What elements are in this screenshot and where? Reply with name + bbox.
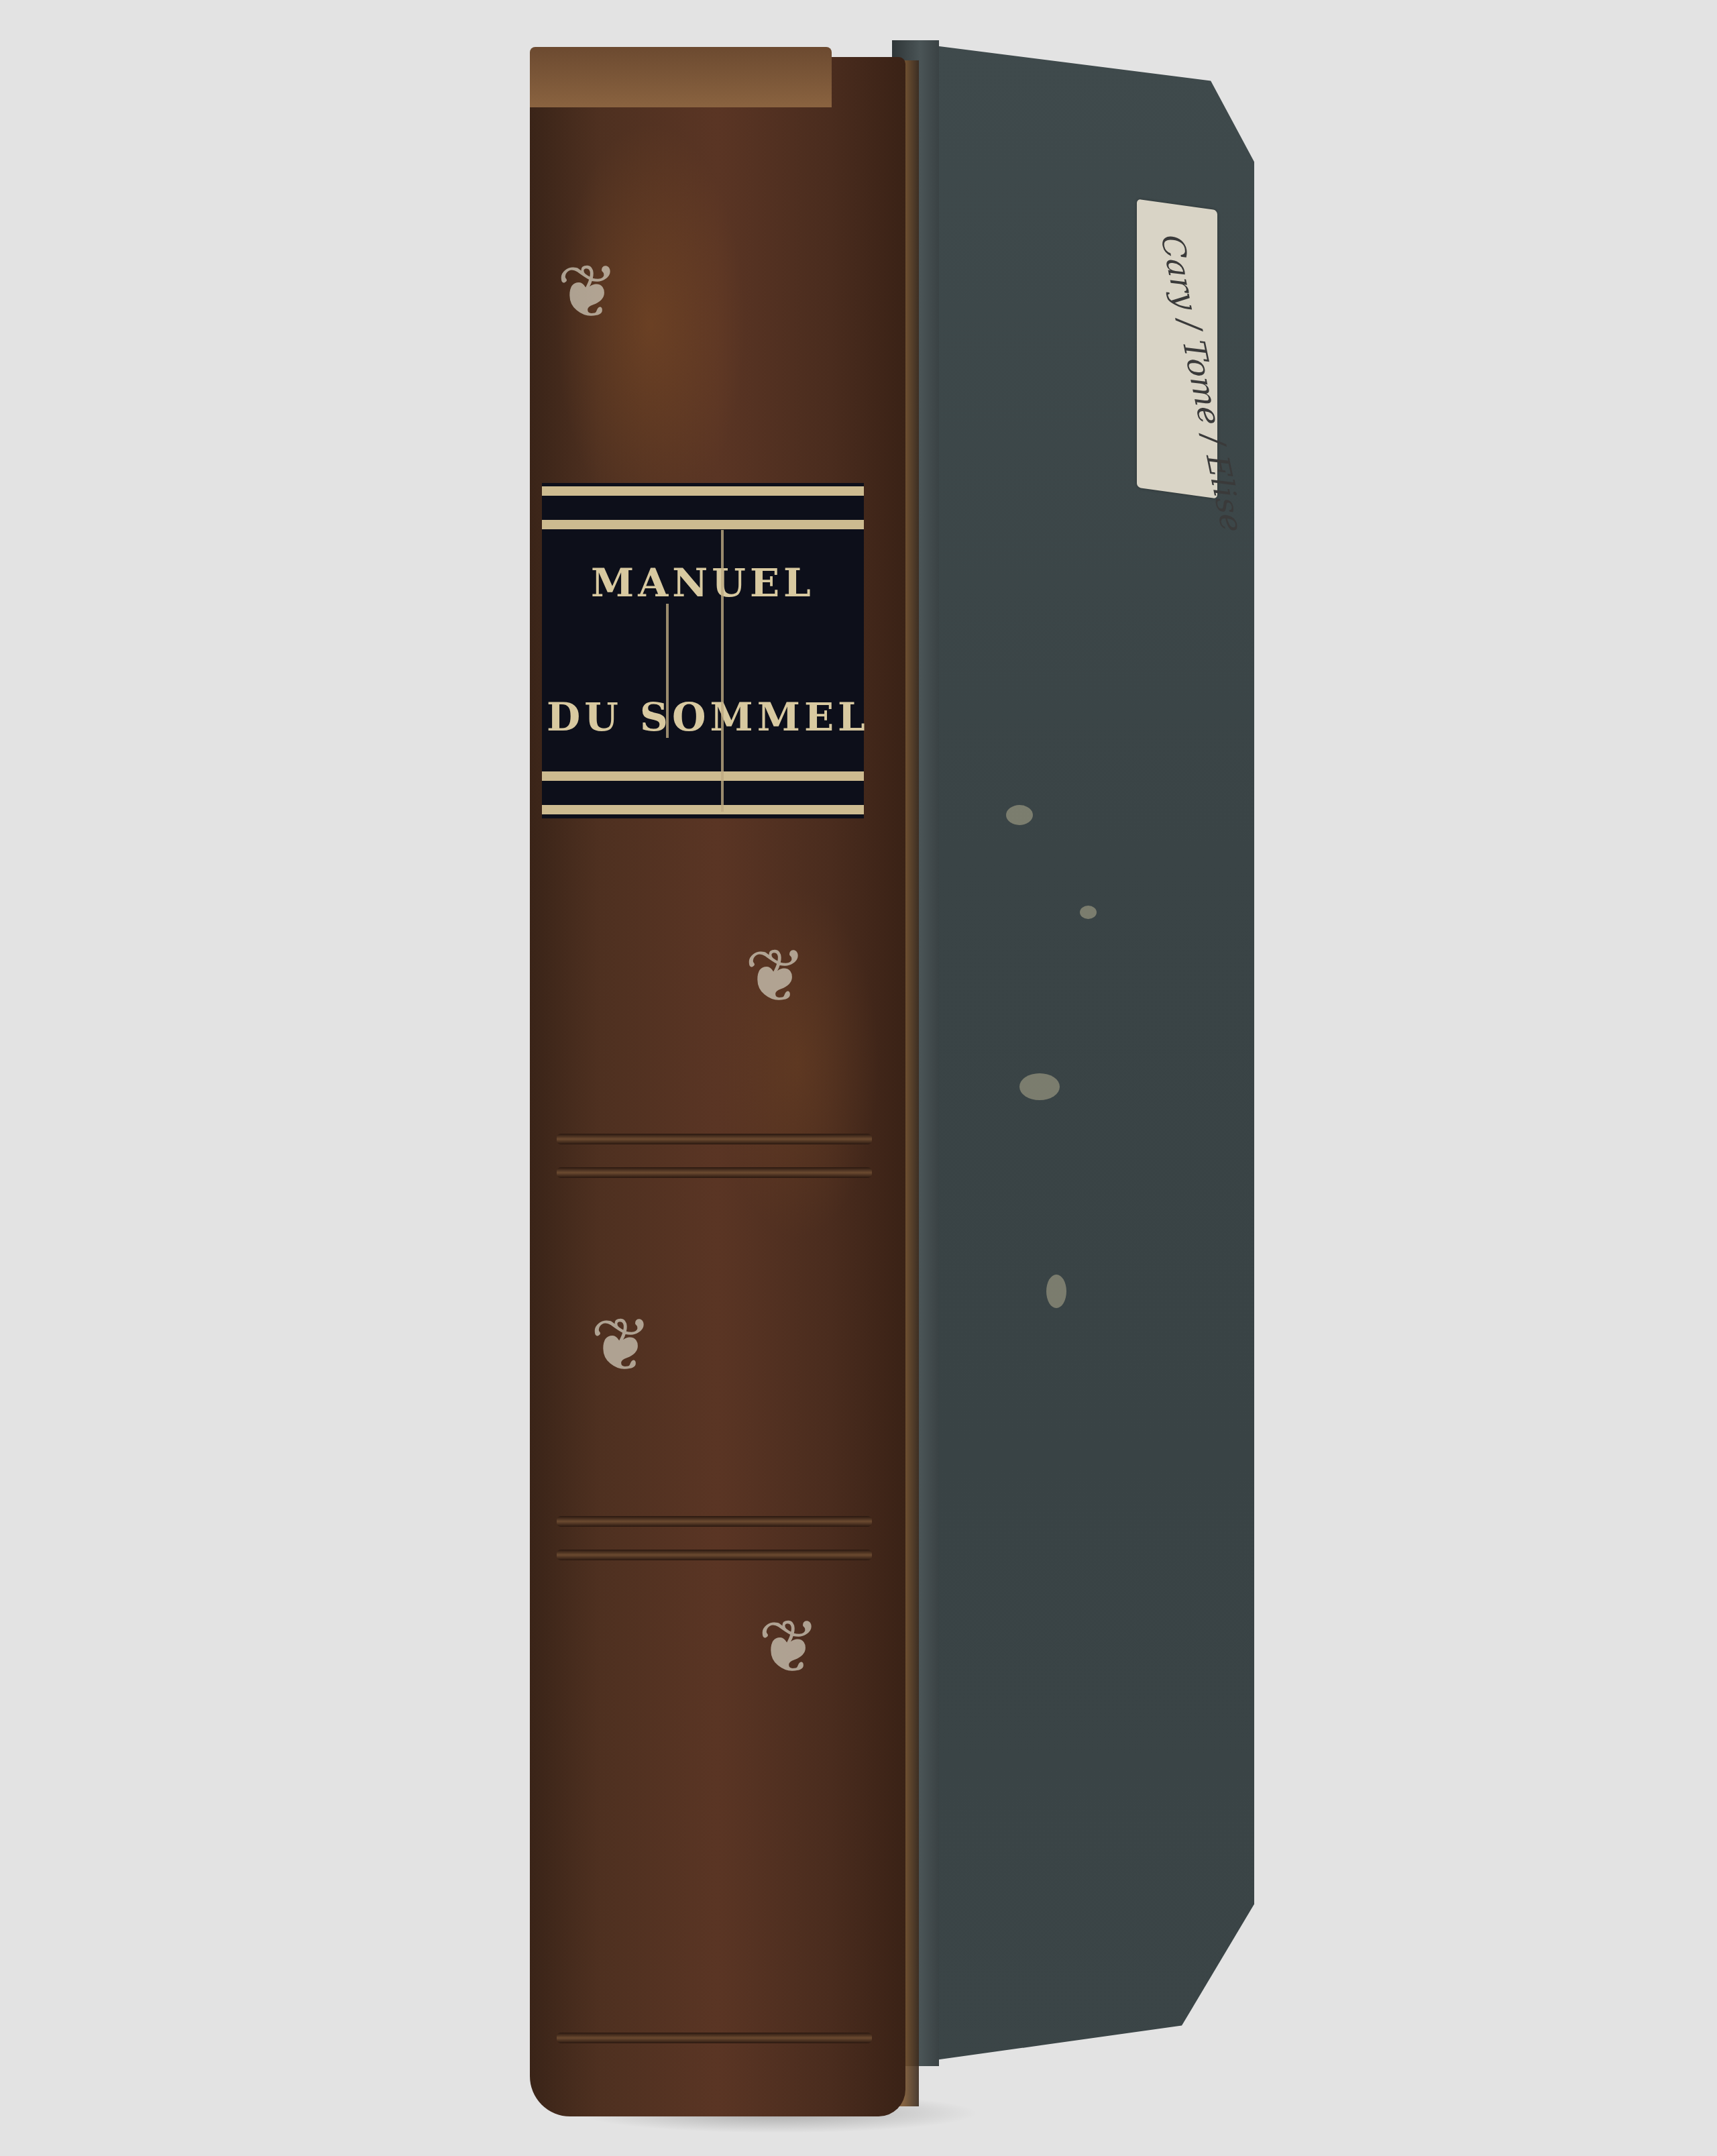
book-photo: Cary / Tome / Elise ❦ ❦ ❦ ❦ MANUEL DU SO… <box>0 0 1717 2156</box>
leather-crack <box>666 604 669 738</box>
book-spine <box>530 57 905 2116</box>
title-label <box>542 483 864 818</box>
cover-wear-spot <box>1080 906 1097 919</box>
handwritten-sticker: Cary / Tome / Elise <box>1137 199 1217 499</box>
spine-headcap <box>530 47 832 107</box>
sticker-handwriting: Cary / Tome / Elise <box>1132 232 1226 312</box>
spine-title-line-1: MANUEL <box>542 560 864 606</box>
gilt-rule <box>542 771 864 781</box>
spine-ornament-icon: ❦ <box>590 1308 652 1382</box>
spine-ornament-icon: ❦ <box>758 1610 820 1684</box>
raised-band <box>557 2033 872 2043</box>
spine-ornament-icon: ❦ <box>744 939 806 1013</box>
cover-wear-spot <box>1019 1073 1060 1100</box>
gilt-rule <box>542 520 864 529</box>
raised-band <box>557 1167 872 1178</box>
spine-title-line-2: DU SOMMELIE <box>547 694 869 740</box>
leather-crack <box>721 530 724 812</box>
gilt-rule <box>542 805 864 814</box>
raised-band <box>557 1134 872 1144</box>
cover-wear-spot <box>1006 805 1033 825</box>
raised-band <box>557 1516 872 1527</box>
spine-ornament-icon: ❦ <box>557 255 618 329</box>
gilt-rule <box>542 486 864 496</box>
raised-band <box>557 1550 872 1560</box>
cover-wear-spot <box>1046 1275 1066 1308</box>
